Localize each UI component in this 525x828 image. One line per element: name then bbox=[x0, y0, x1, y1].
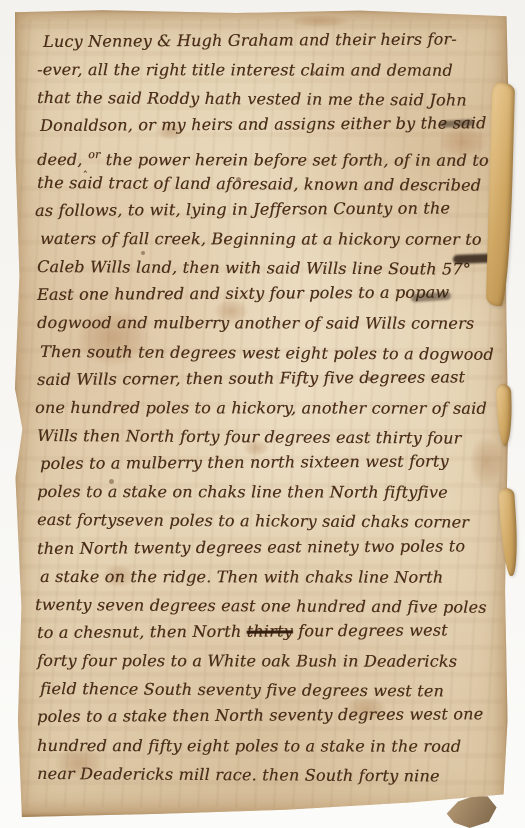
manuscript-line: hundred and fifty eight poles to a stake… bbox=[37, 732, 495, 761]
manuscript-line: then North twenty degrees east ninety tw… bbox=[37, 532, 495, 563]
manuscript-line-with-strikethrough: to a chesnut, then North thirty four deg… bbox=[37, 616, 495, 647]
manuscript-text: Lucy Nenney & Hugh Graham and their heir… bbox=[37, 28, 495, 788]
manuscript-line: poles to a mulberry then north sixteen w… bbox=[40, 447, 495, 478]
line-text: deed, bbox=[37, 150, 83, 169]
line-text: to a chesnut, then North bbox=[37, 622, 247, 642]
manuscript-line: near Deadericks mill race. then South fo… bbox=[37, 760, 495, 791]
photo-background: Lucy Nenney & Hugh Graham and their heir… bbox=[0, 0, 525, 828]
manuscript-line: Donaldson, or my heirs and assigns eithe… bbox=[40, 110, 495, 141]
struck-word: thirty bbox=[247, 621, 293, 640]
manuscript-line: waters of fall creek, Beginning at a hic… bbox=[40, 225, 495, 254]
manuscript-line: said Wills corner, then south Fifty five… bbox=[37, 363, 495, 394]
manuscript-page: Lucy Nenney & Hugh Graham and their heir… bbox=[13, 9, 509, 817]
manuscript-line: East one hundred and sixty four poles to… bbox=[37, 278, 495, 309]
inserted-word: or bbox=[88, 148, 100, 161]
manuscript-line: one hundred poles to a hickory, another … bbox=[35, 394, 495, 423]
manuscript-line: a stake on the ridge. Then with chaks li… bbox=[40, 563, 495, 592]
manuscript-line: dogwood and mulberry another of said Wil… bbox=[37, 309, 495, 338]
manuscript-line: as follows, to wit, lying in Jefferson C… bbox=[35, 194, 495, 225]
manuscript-line-with-insertion: deed,‸or the power herein before set for… bbox=[37, 141, 495, 170]
line-text: the power herein before set forth, of in… bbox=[100, 150, 520, 170]
manuscript-line: poles to a stake on chaks line then Nort… bbox=[37, 478, 495, 507]
line-text: four degrees west bbox=[293, 620, 448, 640]
manuscript-line: poles to a stake then North seventy degr… bbox=[37, 701, 495, 732]
manuscript-line: -ever, all the right title interest clai… bbox=[37, 56, 495, 85]
manuscript-line: forty four poles to a White oak Bush in … bbox=[37, 647, 495, 676]
manuscript-line: Lucy Nenney & Hugh Graham and their heir… bbox=[43, 25, 495, 56]
